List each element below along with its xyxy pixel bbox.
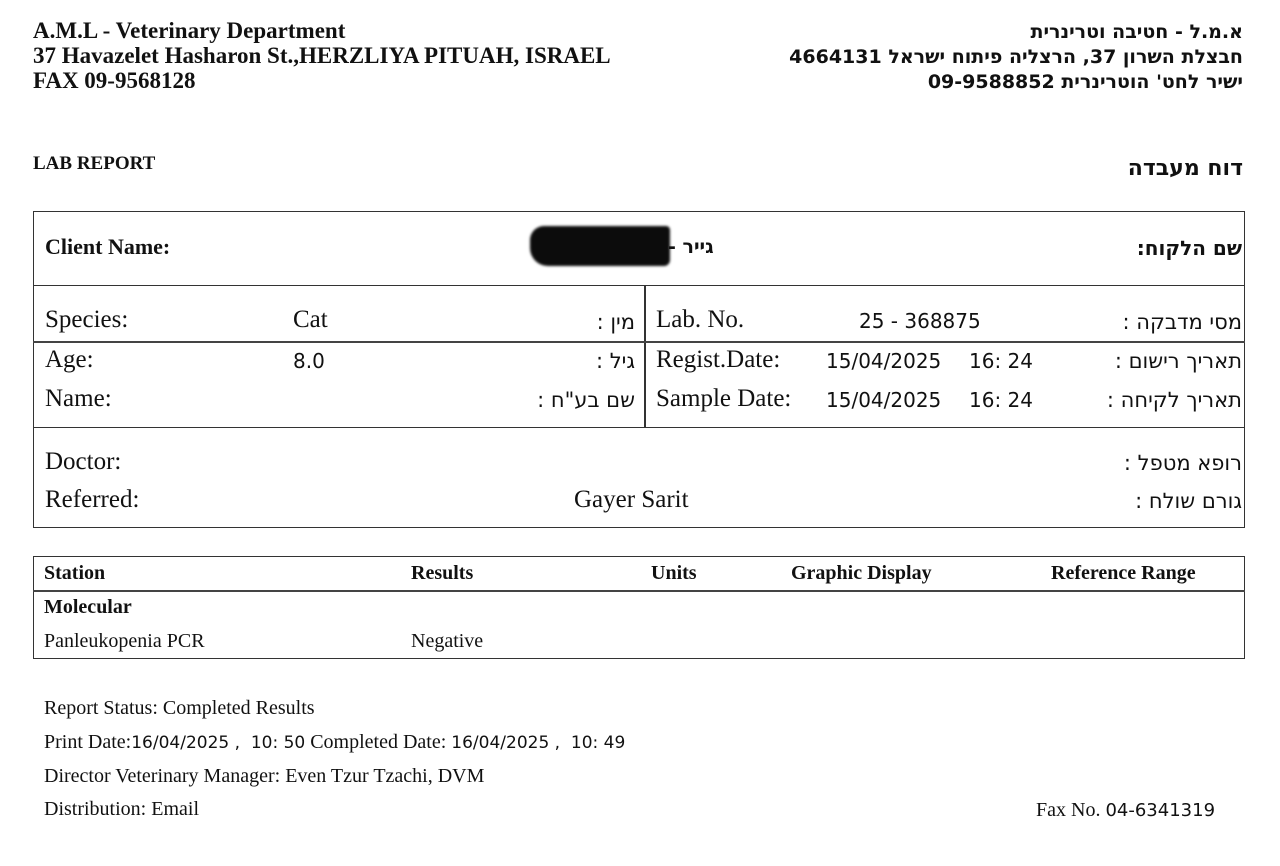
doctor-label-he: רופא מטפל : xyxy=(1124,451,1242,475)
regist-date-label-he: תאריך רישום : xyxy=(1115,349,1242,373)
lab-name-he: א.מ.ל - חטיבה וטרינרית xyxy=(789,20,1243,45)
lab-address-en: A.M.L - Veterinary Department 37 Havazel… xyxy=(33,18,611,93)
col-station: Station xyxy=(44,562,105,585)
referred-value: Gayer Sarit xyxy=(574,486,689,514)
species-label: Species: xyxy=(45,306,128,334)
referred-label-he: גורם שולח : xyxy=(1135,489,1242,513)
lab-phone-he: ישיר לחט' הוטרינרית 09-9588852 xyxy=(789,70,1243,95)
director-value: Even Tzur Tzachi, DVM xyxy=(285,765,484,787)
result-value: Negative xyxy=(411,630,483,653)
client-label-he: שם הלקוח: xyxy=(1137,236,1242,260)
distribution-line: Distribution: Email xyxy=(44,798,199,821)
client-name-value: גייר - xyxy=(668,236,714,258)
lab-address-he: א.מ.ל - חטיבה וטרינרית חבצלת השרון 37, ה… xyxy=(789,20,1243,95)
age-label-he: גיל : xyxy=(596,349,635,373)
lab-fax: FAX 09-9568128 xyxy=(33,68,611,93)
species-value: Cat xyxy=(293,306,328,334)
client-label: Client Name: xyxy=(45,234,170,260)
age-value: 8.0 xyxy=(293,349,325,373)
lab-no-label-he: מסי מדבקה : xyxy=(1123,310,1243,334)
info-row-divider xyxy=(33,341,1245,343)
completed-date-value: 16/04/2025 , 10: 49 xyxy=(451,733,625,753)
fax-line: Fax No. 04-6341319 xyxy=(1036,799,1215,822)
section-molecular: Molecular xyxy=(44,596,132,619)
completed-date-label: Completed Date: xyxy=(310,731,446,753)
report-title-he: דוח מעבדה xyxy=(1128,156,1243,181)
info-divider xyxy=(644,285,646,428)
lab-street: 37 Havazelet Hasharon St.,HERZLIYA PITUA… xyxy=(33,43,611,68)
print-date-value: 16/04/2025 , 10: 50 xyxy=(131,733,305,753)
redacted-client-name xyxy=(530,226,670,266)
pet-name-label-he: שם בע"ח : xyxy=(537,388,635,412)
regist-date-label: Regist.Date: xyxy=(656,346,780,374)
regist-time-value: 16: 24 xyxy=(969,349,1033,373)
pet-name-label: Name: xyxy=(45,385,112,413)
director-line: Director Veterinary Manager: Even Tzur T… xyxy=(44,765,484,788)
referred-label: Referred: xyxy=(45,486,139,514)
lab-street-he: חבצלת השרון 37, הרצליה פיתוח ישראל 46641… xyxy=(789,45,1243,70)
fax-label: Fax No. xyxy=(1036,799,1100,821)
sample-date-value: 15/04/2025 xyxy=(826,388,941,412)
director-label: Director Veterinary Manager: xyxy=(44,765,280,787)
result-station: Panleukopenia PCR xyxy=(44,630,205,653)
results-header-divider xyxy=(33,590,1245,592)
col-graphic-display: Graphic Display xyxy=(791,562,932,585)
age-label: Age: xyxy=(45,346,94,374)
report-status: Report Status: Completed Results xyxy=(44,697,315,720)
report-title: LAB REPORT xyxy=(33,153,155,175)
dates-line: Print Date:16/04/2025 , 10: 50 Completed… xyxy=(44,731,625,754)
regist-date-value: 15/04/2025 xyxy=(826,349,941,373)
sample-date-label: Sample Date: xyxy=(656,385,791,413)
lab-no-label: Lab. No. xyxy=(656,306,744,334)
lab-no-value: 25 - 368875 xyxy=(859,309,981,333)
distribution-label: Distribution: xyxy=(44,798,146,820)
col-results: Results xyxy=(411,562,473,585)
col-reference-range: Reference Range xyxy=(1051,562,1196,585)
patient-info-box xyxy=(33,285,1245,428)
lab-name: A.M.L - Veterinary Department xyxy=(33,18,611,43)
sample-time-value: 16: 24 xyxy=(969,388,1033,412)
doctor-label: Doctor: xyxy=(45,448,121,476)
report-status-label: Report Status: xyxy=(44,697,158,719)
distribution-value: Email xyxy=(151,798,199,820)
species-label-he: מין : xyxy=(597,310,635,334)
fax-value: 04-6341319 xyxy=(1105,800,1215,821)
report-status-value: Completed Results xyxy=(163,697,315,719)
col-units: Units xyxy=(651,562,697,585)
print-date-label: Print Date: xyxy=(44,731,131,753)
sample-date-label-he: תאריך לקיחה : xyxy=(1107,388,1242,412)
